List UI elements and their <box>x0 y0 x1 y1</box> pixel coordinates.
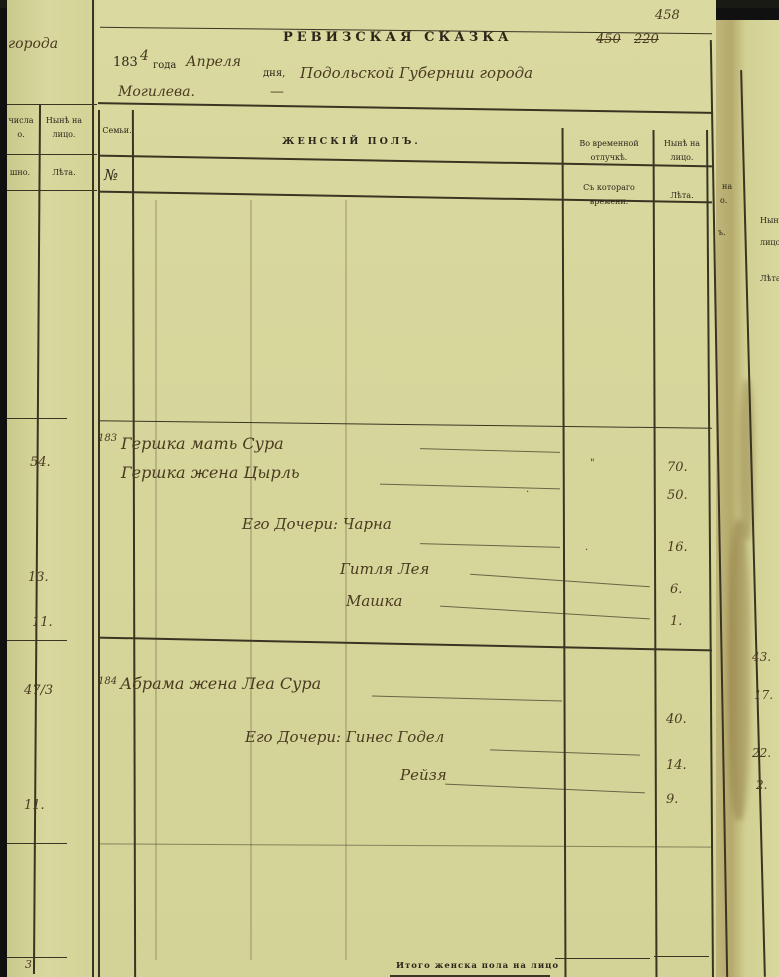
entry-age: 50. <box>667 488 688 503</box>
header-age-top: Нынѣ на лицо. <box>656 137 708 165</box>
left-age: 13. <box>28 570 49 585</box>
location-handwritten: Подольской Губернии города <box>300 64 533 82</box>
right-far-header: Нынѣ <box>760 214 779 228</box>
header-absence-bottom: Съ котораго времени. <box>566 181 652 209</box>
header-number-symbol: № <box>104 166 118 184</box>
left-handwritten-top: города <box>8 36 58 52</box>
header-female-section: ЖЕНСКIЙ ПОЛЪ. <box>282 136 421 147</box>
entry-age: 9. <box>666 792 678 807</box>
entry-name: Гитля Лея <box>340 560 429 578</box>
entry-age: 6. <box>670 582 682 597</box>
right-age: 22. <box>752 746 771 760</box>
crossed-page-number: 220 <box>634 32 659 47</box>
left-age: 47/3 <box>24 683 53 698</box>
entry-name: Его Дочери: Чарна <box>242 515 392 533</box>
total-box-top-rule <box>654 956 709 957</box>
absence-mark: . <box>585 542 588 553</box>
left-header-bottom-rule <box>7 190 97 191</box>
city-handwritten: Могилева. <box>118 84 195 100</box>
year-word: года <box>153 60 176 71</box>
water-stain <box>728 520 750 820</box>
page-number: 458 <box>655 8 680 23</box>
right-age: 17. <box>754 688 773 702</box>
left-age: 11. <box>32 615 53 630</box>
entry-age: 14. <box>666 758 687 773</box>
left-header-top-rule <box>7 104 97 105</box>
right-header-partial: о. <box>720 194 727 208</box>
left-header-mid-rule <box>7 154 97 155</box>
left-page <box>7 0 102 977</box>
left-header-col1: числа о. <box>5 114 37 142</box>
city-dash: — <box>270 84 284 100</box>
left-age: 54. <box>30 455 51 470</box>
entry-name: Гершка мать Сура <box>121 434 284 453</box>
year-handwritten-digit: 4 <box>140 48 149 64</box>
left-family-rule <box>7 640 67 641</box>
left-age: 11. <box>24 798 45 813</box>
document-title: РЕВИЗСКАЯ СКАЗКА <box>283 30 513 45</box>
year-printed: 183 <box>113 55 138 70</box>
left-header-row2-col1: шно. <box>5 166 35 180</box>
left-family-rule <box>7 957 67 958</box>
left-page-edge <box>92 0 94 977</box>
footer-total-label: Итого женска пола на лицо <box>396 961 559 971</box>
absence-mark: " <box>590 458 595 469</box>
entry-name: Гершка жена Цырль <box>121 463 300 482</box>
faint-guide-rule <box>155 200 157 960</box>
entry-age: 70. <box>667 460 688 475</box>
family-number: 184 <box>98 676 117 687</box>
header-family: Семьи. <box>100 124 134 138</box>
left-bottom-number: 3 <box>25 958 32 971</box>
left-family-rule <box>7 843 67 844</box>
total-box-top-rule <box>555 958 650 959</box>
right-far-header: лицо <box>760 236 779 250</box>
left-header-row2-col2: Лѣта. <box>40 166 88 180</box>
entry-age: 16. <box>667 540 688 555</box>
left-family-rule <box>7 418 67 419</box>
right-age: 43. <box>752 650 771 664</box>
absence-mark: . <box>526 484 529 495</box>
crossed-page-number: 450 <box>596 32 621 47</box>
right-header-partial: на <box>722 180 732 194</box>
left-header-col2: Нынѣ на лицо. <box>40 114 88 142</box>
header-absence-top: Во временной отлучкѣ. <box>566 137 652 165</box>
faint-guide-rule <box>345 200 347 960</box>
faint-guide-rule <box>250 200 252 960</box>
month-handwritten: Апреля <box>186 54 241 70</box>
entry-age: 40. <box>666 712 687 727</box>
entry-name: Машка <box>346 592 402 610</box>
right-header-partial: ъ. <box>718 226 726 240</box>
entry-age: 1. <box>670 614 682 629</box>
header-age-bottom: Лѣта. <box>656 189 708 203</box>
entry-name: Рейзя <box>400 766 447 784</box>
right-age: 2. <box>756 778 767 792</box>
right-far-header: Лѣта. <box>760 272 779 286</box>
family-col-left-rule <box>98 110 100 977</box>
family-number: 183 <box>98 433 117 444</box>
day-word: дня, <box>263 68 285 79</box>
entry-name: Его Дочери: Гинес Годел <box>245 728 444 746</box>
entry-name: Абрама жена Леа Сура <box>120 674 321 693</box>
